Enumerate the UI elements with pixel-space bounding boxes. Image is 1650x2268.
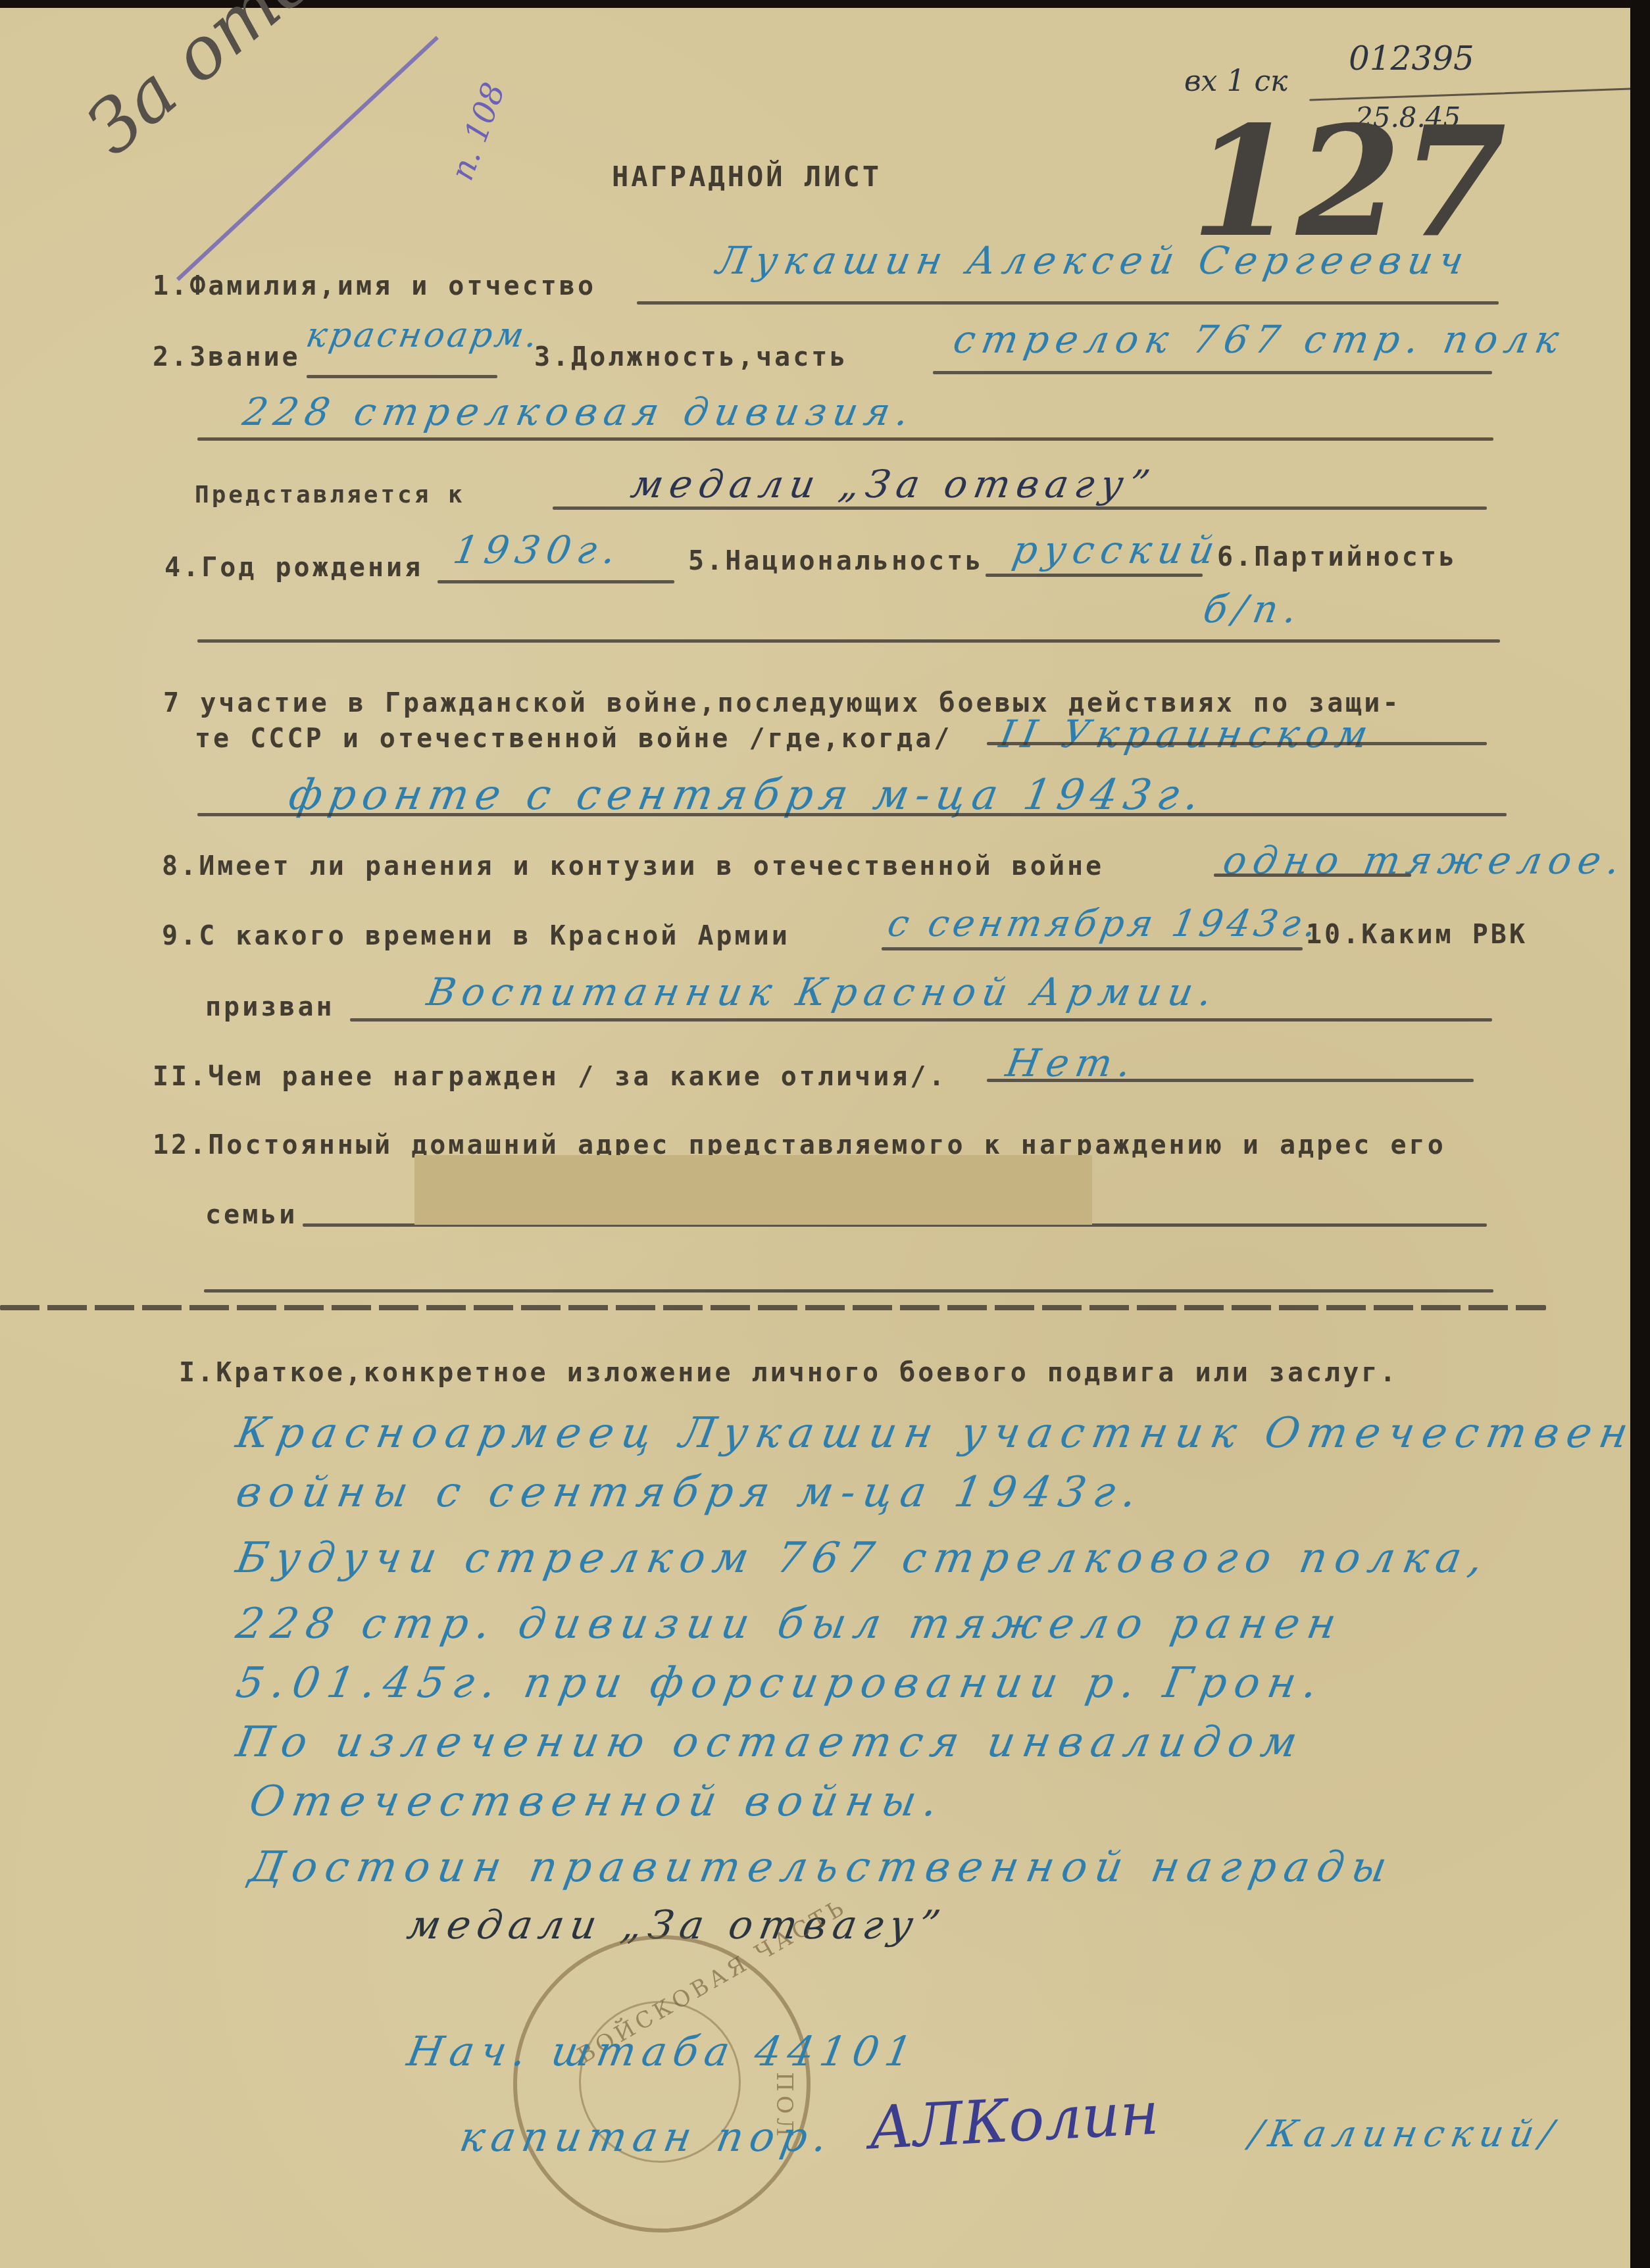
- field-underline-position: [933, 371, 1492, 374]
- field-label-position: 3.Должность,часть: [534, 342, 848, 372]
- signature-autograph: АЛКолин: [867, 2079, 1161, 2163]
- narrative-line-2: войны с сентября м-ца 1943г.: [232, 1468, 1148, 1517]
- violet-note: п. 108: [443, 78, 512, 185]
- narrative-line-7: Отечественной войны.: [245, 1777, 949, 1826]
- field-label-nominated: Представляется к: [195, 481, 465, 508]
- field-underline-birth-year: [438, 580, 674, 583]
- narrative-line-5: 5.01.45г. при форсировании р. Грон.: [232, 1659, 1329, 1708]
- narrative-line-3: Будучи стрелком 767 стрелкового полка,: [232, 1534, 1494, 1583]
- signature-position-1: Нач. штаба 44101: [404, 2027, 922, 2075]
- narrative-line-8: Достоин правительственной награды: [245, 1843, 1398, 1892]
- document-title: НАГРАДНОЙ ЛИСТ: [612, 160, 882, 193]
- field-value-front: II Украинском: [996, 712, 1378, 756]
- field-underline-division: [197, 437, 1493, 441]
- field-underline-nominated: [553, 506, 1487, 510]
- field-value-drafted: Воспитанник Красной Армии.: [424, 970, 1222, 1014]
- signature-position-2: капитан пор.: [457, 2113, 838, 2161]
- field-label-family: семьи: [205, 1200, 297, 1230]
- field-label-wounds: 8.Имеет ли ранения и контузии в отечеств…: [162, 851, 1104, 881]
- field-underline-drafted: [350, 1018, 1492, 1022]
- address-redaction: [414, 1155, 1092, 1225]
- section2-label: I.Краткое,конкретное изложение личного б…: [179, 1358, 1398, 1388]
- field-label-participation-2: те СССР и отечественной войне /где,когда…: [195, 724, 952, 754]
- field-label-rank: 2.Звание: [153, 342, 301, 372]
- field-value-front-date: фронте с сентября м-ца 1943г.: [285, 771, 1209, 820]
- field-value-name: Лукашин Алексей Сергеевич: [713, 238, 1474, 283]
- field-underline-front-date: [197, 813, 1507, 816]
- field-value-rank: красноарм.: [303, 316, 543, 355]
- field-label-name: 1.Фамилия,имя и отчество: [153, 271, 596, 301]
- field-underline-wounds: [1214, 874, 1411, 877]
- signature-name: /Калинский/: [1246, 2113, 1562, 2156]
- field-label-drafted: призван: [205, 992, 335, 1022]
- section-divider: [0, 1305, 1546, 1310]
- narrative-line-1: Красноармеец Лукашин участник Отечествен…: [232, 1409, 1650, 1458]
- field-value-award: медали „За отвагу”: [628, 462, 1160, 506]
- field-label-service-since: 9.С какого времени в Красной Армии: [162, 921, 790, 951]
- field-underline-front: [987, 742, 1487, 745]
- field-value-service-since: с сентября 1943г.: [884, 902, 1324, 945]
- field-label-nationality: 5.Национальность: [688, 546, 984, 576]
- field-value-division: 228 стрелковая дивизия.: [239, 389, 919, 434]
- field-label-rvk: 10.Каким РВК: [1306, 920, 1528, 950]
- narrative-line-4: 228 стр. дивизии был тяжело ранен: [232, 1600, 1347, 1648]
- field-label-prior-awards: II.Чем ранее награжден / за какие отличи…: [153, 1062, 947, 1092]
- registry-number: 012395: [1349, 39, 1474, 78]
- field-label-birth-year: 4.Год рождения: [164, 553, 423, 583]
- field-underline-service-since: [882, 947, 1303, 950]
- field-underline-rank: [307, 375, 497, 378]
- field-underline-name: [637, 301, 1499, 305]
- narrative-line-6: По излечению остается инвалидом: [232, 1718, 1308, 1767]
- award-sheet-paper: За отвагу п. 108 НАГРАДНОЙ ЛИСТ вх 1 ск …: [0, 8, 1630, 2268]
- scan-right-edge: [1630, 0, 1650, 2268]
- field-value-nationality: русский: [1009, 528, 1224, 572]
- field-underline-prior-awards: [987, 1079, 1474, 1082]
- field-value-party: б/п.: [1200, 587, 1307, 631]
- pencil-resolution: За отвагу: [71, 0, 422, 171]
- field-value-position: стрелок 767 стр. полк: [950, 317, 1568, 362]
- field-underline-party: [197, 639, 1500, 643]
- field-value-birth-year: 1930г.: [450, 528, 626, 572]
- field-underline-nationality: [986, 574, 1203, 577]
- field-underline-address-extra: [204, 1289, 1493, 1293]
- field-label-party: 6.Партийность: [1217, 542, 1457, 572]
